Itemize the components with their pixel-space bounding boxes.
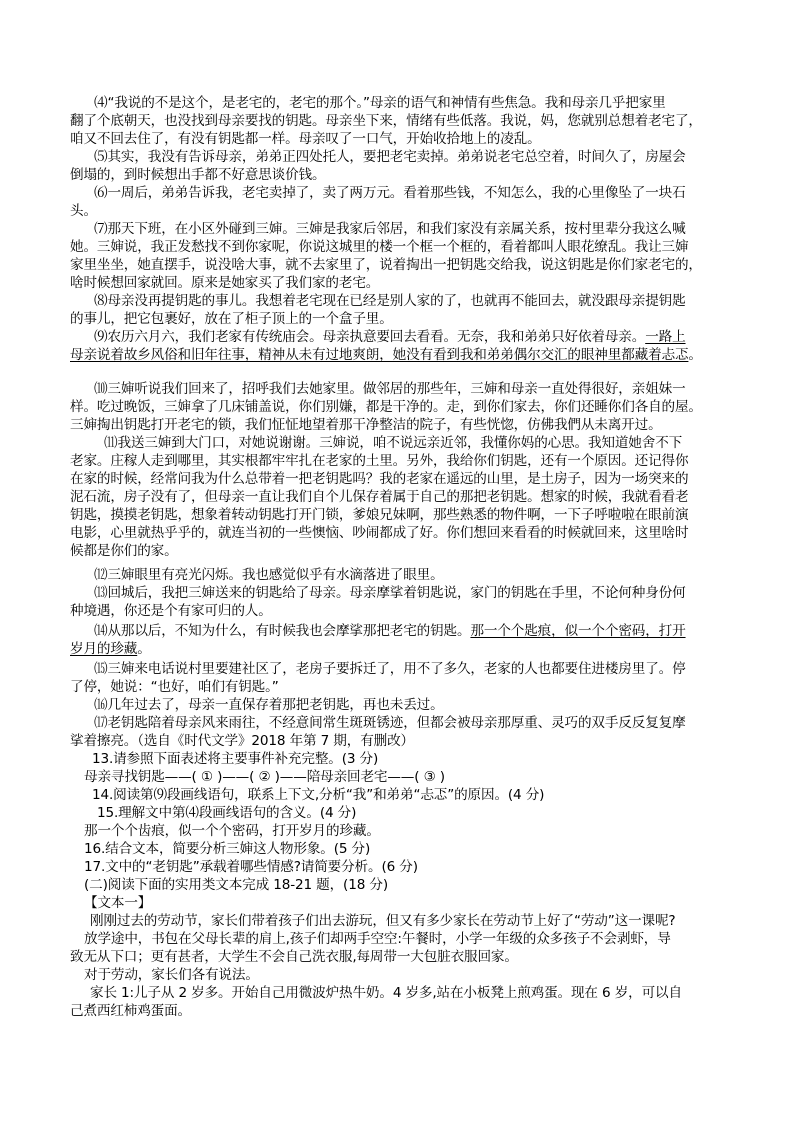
paragraph-9-underlined-sentence-end: 母亲说着故乡风俗和旧年往事，精神从未有过地爽朗，她没有看到我和弟弟偶尔交汇的眼神… — [70, 347, 688, 363]
paragraph-11-line-5: 钥匙，摸摸老钥匙，想象着转动钥匙打开门锁，爹娘兄妹啊，那些熟悉的物件啊，一下子呼… — [70, 506, 688, 524]
question-16: 16.结合文本，简要分析三婶这人物形象。(5 分) — [84, 840, 370, 858]
paragraph-4-line-3: 咱又不回去住了，有没有钥匙都一样。母亲叹了一口气，开始收拾地上的凌乱。 — [70, 130, 541, 148]
paragraph-10-line-1: ⑽三婶听说我们回来了，招呼我们去她家里。做邻居的那些年，三婶和母亲一直处得很好，… — [94, 380, 686, 398]
section-2-heading: (二)阅读下面的实用类文本完成 18-21 题，(18 分) — [84, 876, 388, 894]
paragraph-17-line-2: 挲着擦亮。（选自《时代文学》2018 年第 7 期，有删改） — [70, 732, 414, 750]
paragraph-10-line-3: 三婶掏出钥匙打开老宅的锁，我们怔怔地望着那干净整洁的院子，有些恍惚，仿佛我們从未… — [70, 416, 662, 434]
question-17: 17.文中的“老钥匙”承载着哪些情感?请简要分析。(6 分) — [84, 858, 418, 876]
paragraph-14-underlined-sentence-end: 岁月的珍藏 — [70, 641, 137, 657]
paragraph-15-line-2: 了停，她说：“也好，咱们有钥匙。” — [70, 678, 279, 696]
paragraph-7-line-4: 啥时候想回家就回。原来是她家买了我们家的老宅。 — [70, 274, 379, 292]
paragraph-9-line-1: ⑼农历六月六，我们老家有传统庙会。母亲执意要回去看看。无奈，我和弟弟只好依着母亲… — [94, 328, 686, 346]
paragraph-14-period: 。 — [137, 641, 150, 657]
paragraph-5-line-1: ⑸其实，我没有告诉母亲，弟弟正四处托人，要把老宅卖掉。弟弟说老宅总空着，时间久了… — [94, 148, 686, 166]
paragraph-15-line-1: ⒂三婶来电话说村里要建社区了，老房子要拆迁了，用不了多久，老家的人也都要住进楼房… — [94, 660, 686, 678]
text-1-label: 【文本一】 — [84, 894, 151, 912]
question-14: 14.阅读第⑼段画线语句，联系上下文,分析“我”和弟弟“忐忑”的原因。(4 分) — [92, 786, 544, 804]
paragraph-17-line-1: ⒄老钥匙陪着母亲风来雨往，不经意间常生斑斑锈迹，但都会被母亲那厚重、灵巧的双手反… — [94, 714, 686, 732]
paragraph-8-line-1: ⑻母亲没再提钥匙的事儿。我想着老宅现在已经是别人家的了，也就再不能回去，就没跟母… — [94, 292, 686, 310]
paragraph-12-line-1: ⑿三婶眼里有亮光闪烁。我也感觉似乎有水滴落进了眼里。 — [94, 566, 444, 584]
question-13-event-chain: 母亲寻找钥匙——( ① )——( ② )——陪母亲回老宅——( ③ ) — [84, 768, 445, 786]
paragraph-11-line-6: 电影，心里就热乎乎的，就连当初的一些懊恼、吵闹都成了好。你们想回来看看的时候就回… — [70, 524, 688, 542]
paragraph-16-line-1: ⒃几年过去了，母亲一直保存着那把老钥匙，再也未丢过。 — [94, 696, 444, 714]
paragraph-11-line-1: ⑾我送三婶到大门口，对她说谢谢。三婶说，咱不说远亲近邻，我懂你妈的心思。我知道她… — [104, 434, 682, 452]
paragraph-10-line-2: 样。吃过晚饭，三婶拿了几床铺盖说，你们别嫌，都是干净的。走，到你们家去，你们还睡… — [70, 398, 702, 416]
question-15-quote: 那一个个齿痕，似一个个密码，打开岁月的珍藏。 — [84, 822, 380, 840]
paragraph-14-line-1: ⒁从那以后，不知为什么，有时候我也会摩挲那把老宅的钥匙。那一个个匙痕，似一个个密… — [94, 622, 686, 640]
paragraph-9-line-2: 母亲说着故乡风俗和旧年往事，精神从未有过地爽朗，她没有看到我和弟弟偶尔交汇的眼神… — [70, 346, 702, 364]
section-2-line-3: 致无从下口；更有甚者，大学生不会自己洗衣服,每周带一大包脏衣服回家。 — [70, 948, 518, 966]
paragraph-9-period: 。 — [688, 347, 701, 363]
section-2-line-4: 对于劳动，家长们各有说法。 — [84, 966, 259, 984]
paragraph-13-line-1: ⒀回城后，我把三婶送来的钥匙给了母亲。母亲摩挲着钥匙说，家门的钥匙在手里，不论何… — [94, 584, 686, 602]
question-13: 13.请参照下面表述将主要事件补充完整。(3 分) — [92, 750, 378, 768]
paragraph-7-line-2: 她。三婶说，我正发愁找不到你家呢，你说这城里的楼一个框一个框的，看着都叫人眼花缭… — [70, 238, 688, 256]
paragraph-4-line-1: ⑷“我说的不是这个，是老宅的，老宅的那个。”母亲的语气和神情有些焦急。我和母亲几… — [94, 94, 666, 112]
paragraph-11-line-2: 老家。庄稼人走到哪里，其实根都牢牢扎在老家的土里。另外，我给你们钥匙，还有一个原… — [70, 452, 688, 470]
paragraph-8-line-2: 的事儿，把它包裹好，放在了柜子顶上的一个盒子里。 — [70, 310, 393, 328]
paragraph-13-line-2: 种境遇，你还是个有家可归的人。 — [70, 602, 272, 620]
paragraph-11-line-4: 泥石流，房子没有了，但母亲一直让我们自个儿保存着属于自己的那把老钥匙。想家的时候… — [70, 488, 688, 506]
paragraph-11-line-7: 候都是你们的家。 — [70, 542, 178, 560]
paragraph-5-line-2: 倒塌的，到时候想出手都不好意思谈价钱。 — [70, 166, 325, 184]
paragraph-7-line-3: 家里坐坐，她直摆手，说没啥大事，就不去家里了，说着掏出一把钥匙交给我，说这钥匙是… — [70, 256, 702, 274]
section-2-line-1: 刚刚过去的劳动节，家长们带着孩子们出去游玩，但又有多少家长在劳动节上好了“劳动”… — [90, 912, 676, 930]
paragraph-14-text: ⒁从那以后，不知为什么，有时候我也会摩挲那把老宅的钥匙。 — [94, 623, 470, 639]
paragraph-6-line-1: ⑹一周后，弟弟告诉我，老宅卖掉了，卖了两万元。看着那些钱，不知怎么，我的心里像坠… — [94, 184, 686, 202]
paragraph-7-line-1: ⑺那天下班，在小区外碰到三婶。三婶是我家后邻居，和我们家没有亲属关系，按村里辈分… — [94, 220, 686, 238]
section-2-line-6: 己煮西红柿鸡蛋面。 — [70, 1002, 191, 1020]
paragraph-4-line-2: 翻了个底朝天，也没找到母亲要找的钥匙。母亲坐下来，情绪有些低落。我说，妈，您就别… — [70, 112, 702, 130]
paragraph-14-underlined-sentence-start: 那一个个匙痕，似一个个密码，打开 — [470, 623, 685, 639]
paragraph-9-underlined-sentence-start: 一路上 — [645, 329, 685, 345]
paragraph-9-text: ⑼农历六月六，我们老家有传统庙会。母亲执意要回去看看。无奈，我和弟弟只好依着母亲… — [94, 329, 645, 345]
paragraph-11-line-3: 在家的时候，经常问我为什么总带着一把老钥匙吗？我的老家在遥远的山里，是土房子，因… — [70, 470, 688, 488]
document-page: ⑷“我说的不是这个，是老宅的，老宅的那个。”母亲的语气和神情有些焦急。我和母亲几… — [0, 0, 794, 1123]
paragraph-14-line-2: 岁月的珍藏。 — [70, 640, 151, 658]
paragraph-6-line-2: 头。 — [70, 202, 97, 220]
section-2-line-5: 家长 1:儿子从 2 岁多。开始自己用微波炉热牛奶。4 岁多,站在小板凳上煎鸡蛋… — [90, 984, 682, 1002]
question-15: 15.理解文中第⑷段画线语句的含义。(4 分) — [97, 804, 356, 822]
section-2-line-2: 放学途中，书包在父母长辈的肩上,孩子们却两手空空:午餐时，小学一年级的众多孩子不… — [84, 930, 671, 948]
